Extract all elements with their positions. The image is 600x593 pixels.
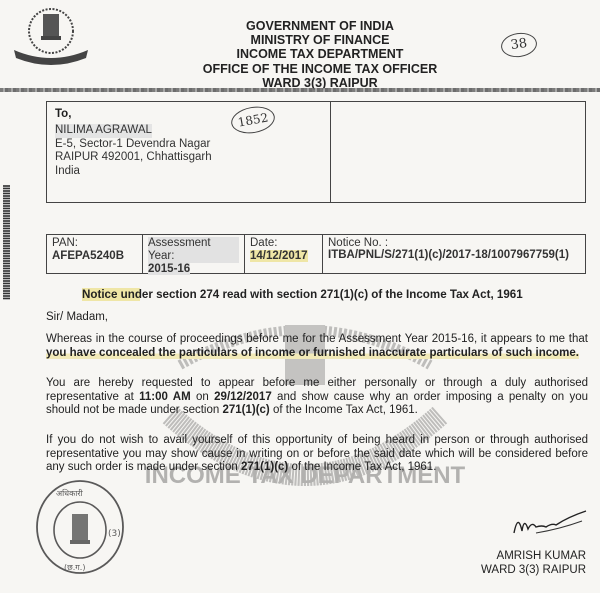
address-line-1: E-5, Sector-1 Devendra Nagar xyxy=(55,138,330,152)
svg-text:(छ.ग.): (छ.ग.) xyxy=(64,563,85,572)
assessment-year-label: Assessment Year: xyxy=(148,237,239,263)
handwritten-page-number: 38 xyxy=(500,31,539,60)
section-ref: 271(1)(c) xyxy=(222,404,269,416)
address-line-3: India xyxy=(55,165,330,179)
paragraph-text: on xyxy=(191,391,214,403)
address-line-2: RAIPUR 492001, Chhattisgarh xyxy=(55,151,330,165)
header-divider xyxy=(0,88,600,92)
signature-icon xyxy=(510,507,590,539)
header-line: OFFICE OF THE INCOME TAX OFFICER xyxy=(160,62,480,76)
header-line: GOVERNMENT OF INDIA xyxy=(160,19,480,33)
pan-value: AFEPA5240B xyxy=(52,250,137,263)
salutation: Sir/ Madam, xyxy=(46,311,108,323)
tax-notice-page: GOVERNMENT OF INDIA MINISTRY OF FINANCE … xyxy=(0,0,600,593)
concealment-statement: you have concealed the particulars of in… xyxy=(46,347,579,359)
to-label: To, xyxy=(55,108,330,120)
paragraph-text: of the Income Tax Act, 1961. xyxy=(288,461,436,473)
recipient-address: To, NILIMA AGRAWAL E-5, Sector-1 Devendr… xyxy=(47,102,331,202)
signatory-name: AMRISH KUMAR xyxy=(481,550,586,564)
header-line: INCOME TAX DEPARTMENT xyxy=(160,47,480,61)
signatory-block: AMRISH KUMAR WARD 3(3) RAIPUR xyxy=(481,550,586,577)
paragraph-proceedings: Whereas in the course of proceedings bef… xyxy=(46,333,588,360)
notice-meta-table: PAN: AFEPA5240B Assessment Year: 2015-16… xyxy=(46,234,586,274)
officer-round-seal-icon: (3) अधिकारी (छ.ग.) xyxy=(34,478,126,576)
paragraph-text: of the Income Tax Act, 1961. xyxy=(270,404,418,416)
assessment-year-value: 2015-16 xyxy=(148,263,190,275)
scan-barcode-strip xyxy=(3,185,10,300)
date-cell: Date: 14/12/2017 xyxy=(245,235,323,273)
pan-cell: PAN: AFEPA5240B xyxy=(47,235,143,273)
pan-label: PAN: xyxy=(52,237,137,250)
paragraph-hearing: You are hereby requested to appear befor… xyxy=(46,377,588,418)
date-value: 14/12/2017 xyxy=(250,250,308,262)
date-label: Date: xyxy=(250,237,317,250)
notice-number-value: ITBA/PNL/S/271(1)(c)/2017-18/1007967759(… xyxy=(328,250,580,261)
paragraph-written-cause: If you do not wish to avail yourself of … xyxy=(46,434,588,475)
header-line: MINISTRY OF FINANCE xyxy=(160,33,480,47)
section-ref: 271(1)(c) xyxy=(241,461,288,473)
blank-address-panel xyxy=(331,102,585,202)
office-header: GOVERNMENT OF INDIA MINISTRY OF FINANCE … xyxy=(160,19,480,90)
notice-number-cell: Notice No. : ITBA/PNL/S/271(1)(c)/2017-1… xyxy=(323,235,585,273)
notice-title: Notice under section 274 read with secti… xyxy=(82,288,523,301)
income-tax-emblem-icon xyxy=(8,6,94,66)
paragraph-text: Whereas in the course of proceedings bef… xyxy=(46,333,588,345)
svg-text:(3): (3) xyxy=(108,529,121,539)
address-box: To, NILIMA AGRAWAL E-5, Sector-1 Devendr… xyxy=(46,101,586,203)
recipient-name: NILIMA AGRAWAL xyxy=(55,124,152,138)
signatory-designation: WARD 3(3) RAIPUR xyxy=(481,564,586,578)
svg-text:अधिकारी: अधिकारी xyxy=(56,488,84,498)
hearing-date: 29/12/2017 xyxy=(214,391,272,403)
assessment-year-cell: Assessment Year: 2015-16 xyxy=(143,235,245,273)
hearing-time: 11:00 AM xyxy=(139,391,191,403)
